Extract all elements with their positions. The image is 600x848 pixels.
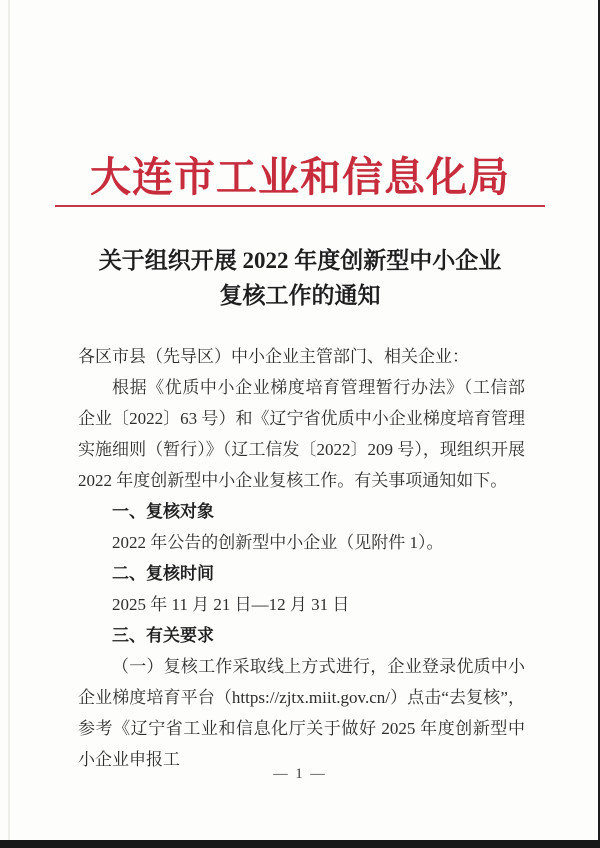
- document-title: 关于组织开展 2022 年度创新型中小企业 复核工作的通知: [0, 243, 600, 313]
- page-number: — 1 —: [0, 766, 600, 783]
- letterhead-agency-title: 大连市工业和信息化局: [0, 144, 600, 203]
- section-heading-review-target: 一、复核对象: [78, 496, 525, 527]
- paragraph-review-target: 2022 年公告的创新型中小企业（见附件 1）。: [78, 527, 525, 558]
- paragraph-requirements: （一）复核工作采取线上方式进行，企业登录优质中小企业梯度培育平台（https:/…: [78, 651, 525, 775]
- letterhead-divider-line: [55, 205, 545, 207]
- paragraph-basis: 根据《优质中小企业梯度培育管理暂行办法》（工信部企业〔2022〕63 号）和《辽…: [78, 372, 525, 496]
- section-heading-requirements: 三、有关要求: [78, 620, 525, 651]
- document-title-line-2: 复核工作的通知: [0, 278, 600, 313]
- document-title-line-1: 关于组织开展 2022 年度创新型中小企业: [0, 243, 600, 278]
- scanned-document-page: 大连市工业和信息化局 关于组织开展 2022 年度创新型中小企业 复核工作的通知…: [0, 0, 600, 848]
- paragraph-review-time: 2025 年 11 月 21 日—12 月 31 日: [78, 589, 525, 620]
- section-heading-review-time: 二、复核时间: [78, 558, 525, 589]
- scan-artifact-bottom-edge: [0, 840, 600, 848]
- salutation-line: 各区市县（先导区）中小企业主管部门、相关企业：: [78, 341, 525, 372]
- scan-artifact-left-line: [8, 0, 10, 848]
- document-body: 各区市县（先导区）中小企业主管部门、相关企业： 根据《优质中小企业梯度培育管理暂…: [78, 341, 525, 775]
